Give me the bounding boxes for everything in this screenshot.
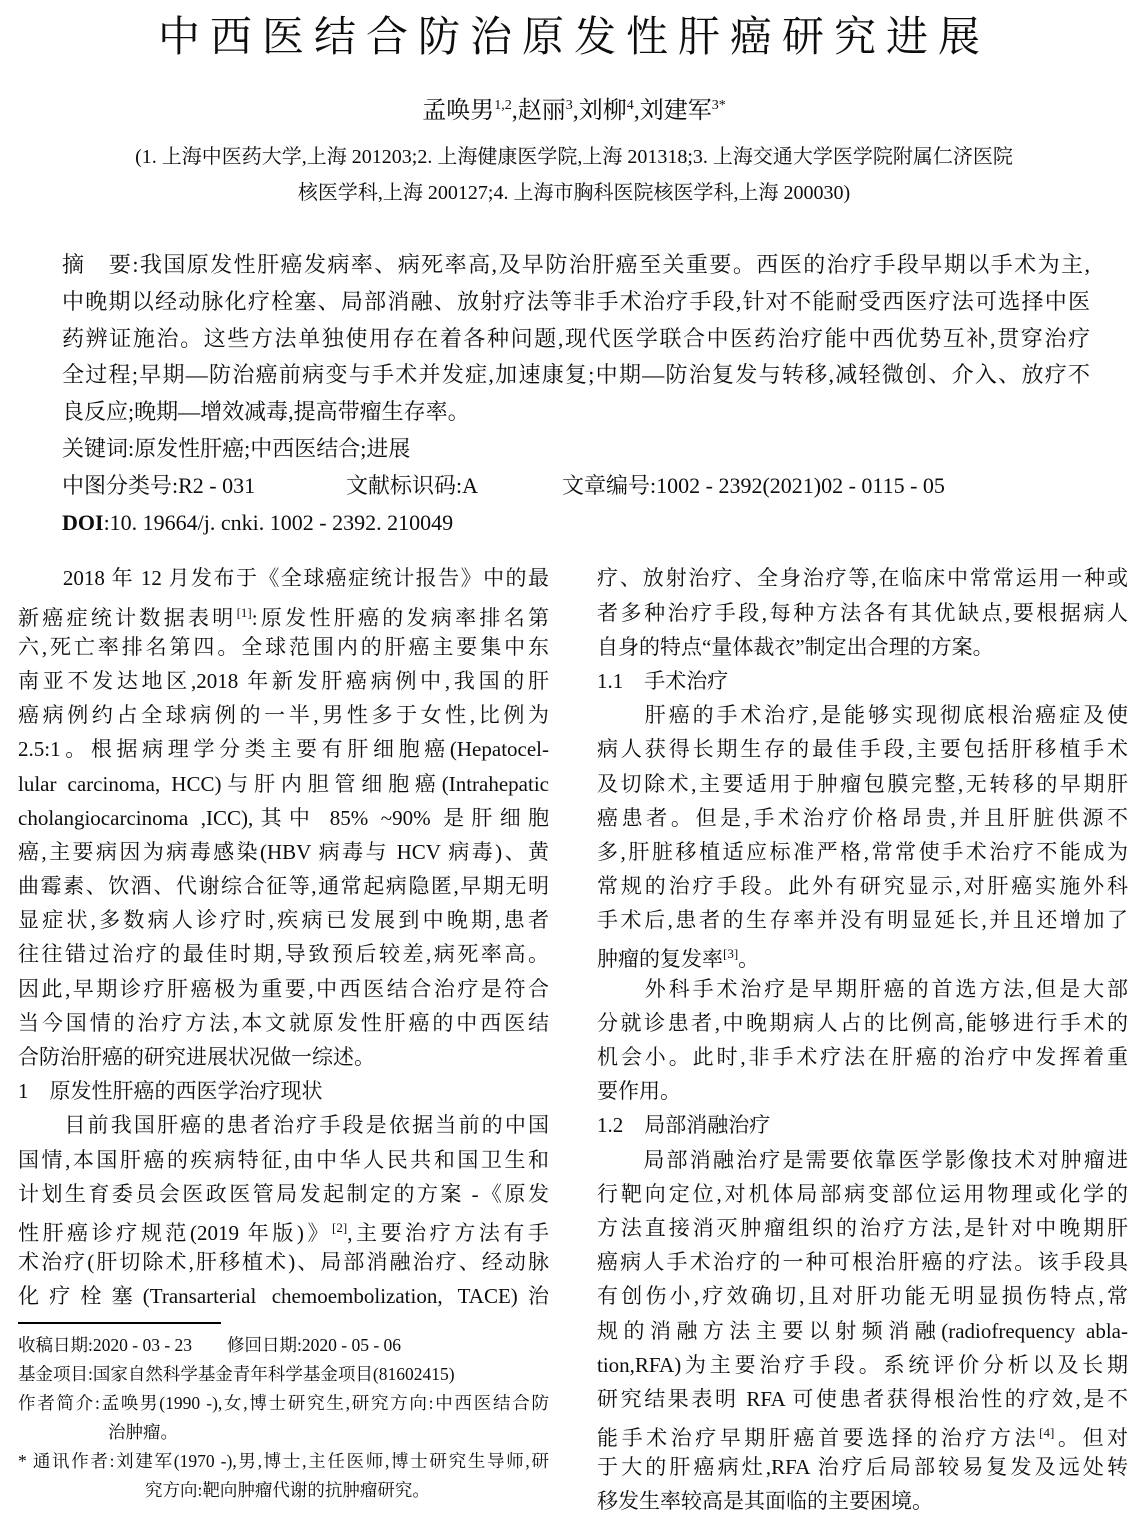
text-line: tion,RFA)为主要治疗手段。系统评价分析以及长期 <box>597 1348 1128 1382</box>
reference-superscript: [1] <box>237 605 252 620</box>
text-line: 南亚不发达地区,2018 年新发肝癌病例中,我国的肝 <box>18 664 549 698</box>
left-column: 2018 年 12 月发布于《全球癌症统计报告》中的最新癌症统计数据表明[1]:… <box>18 561 549 1518</box>
text-line: 究方向:靶向肿瘤代谢的抗肿瘤研究。 <box>18 1476 549 1505</box>
text-line: 良反应;晚期—增效减毒,提高带瘤生存率。 <box>62 394 1090 431</box>
doi-value: :10. 19664/j. cnki. 1002 - 2392. 210049 <box>104 510 454 535</box>
document-code: 文献标识码:A <box>346 468 478 505</box>
text-line: 研究结果表明 RFA 可使患者获得根治性的疗效,是不 <box>597 1382 1128 1416</box>
author-name: 孟唤男 <box>422 98 494 124</box>
text-line: 2018 年 12 月发布于《全球癌症统计报告》中的最 <box>18 561 549 595</box>
doi-label: DOI <box>62 510 104 535</box>
section-heading: 1.1 手术治疗 <box>597 664 1128 698</box>
author-name: 刘柳 <box>579 98 627 124</box>
text-line: 摘 要:我国原发性肝癌发病率、病死率高,及早防治肝癌至关重要。西医的治疗手段早期… <box>62 247 1090 284</box>
text-line: 全过程;早期—防治癌前病变与手术并发症,加速康复;中期—防治复发与转移,减轻微创… <box>62 357 1090 394</box>
reference-superscript: [2] <box>332 1220 347 1235</box>
text-line: 常规的治疗手段。此外有研究显示,对肝癌实施外科 <box>597 869 1128 903</box>
authors-line: 孟唤男1,2,赵丽3,刘柳4,刘建军3* <box>0 88 1148 129</box>
doi-line: DOI:10. 19664/j. cnki. 1002 - 2392. 2100… <box>62 505 1090 542</box>
text-line: 因此,早期诊疗肝癌极为重要,中西医结合治疗是符合 <box>18 972 549 1006</box>
text-line: 局部消融治疗是需要依靠医学影像技术对肿瘤进 <box>597 1143 1128 1177</box>
text-line: 肝癌的手术治疗,是能够实现彻底根治癌症及使 <box>597 698 1128 732</box>
text-line: 者多种治疗手段,每种方法各有其优缺点,要根据病人 <box>597 596 1128 630</box>
author-affiliation-superscript: 3 <box>566 98 573 113</box>
author-affiliation-superscript: 4 <box>627 98 634 113</box>
text-line: 当今国情的治疗方法,本文就原发性肝癌的中西医结 <box>18 1006 549 1040</box>
text-line: 癌病例约占全球病例的一半,男性多于女性,比例为 <box>18 698 549 732</box>
text-line: 能手术治疗早期肝癌首要选择的治疗方法[4]。但对 <box>597 1416 1128 1450</box>
text-line: 及切除术,主要适用于肿瘤包膜完整,无转移的早期肝 <box>597 767 1128 801</box>
author-name: 赵丽 <box>518 98 566 124</box>
text-line: 计划生育委员会医政医管局发起制定的方案 -《原发 <box>18 1177 549 1211</box>
text-line: 药辨证施治。这些方法单独使用存在着各种问题,现代医学联合中医药治疗能中西优势互补… <box>62 321 1090 358</box>
text-line: 要作用。 <box>597 1074 1128 1108</box>
author-affiliation-superscript: 3* <box>712 98 726 113</box>
text-line: 自身的特点“量体裁衣”制定出合理的方案。 <box>597 630 1128 664</box>
text-line: lular carcinoma, HCC)与肝内胆管细胞癌(Intrahepat… <box>18 767 549 801</box>
text-line: 收稿日期:2020 - 03 - 23 修回日期:2020 - 05 - 06 <box>18 1331 549 1360</box>
text-line: 规的消融方法主要以射频消融(radiofrequency abla- <box>597 1314 1128 1348</box>
section-heading: 1.2 局部消融治疗 <box>597 1108 1128 1142</box>
right-column: 疗、放射治疗、全身治疗等,在临床中常常运用一种或者多种治疗手段,每种方法各有其优… <box>597 561 1128 1518</box>
text-line: 多,肝脏移植适应标准严格,常常使手术治疗不能成为 <box>597 835 1128 869</box>
text-line: 分就诊患者,中晚期病人占的比例高,能够进行手术的 <box>597 1006 1128 1040</box>
left-column-text: 2018 年 12 月发布于《全球癌症统计报告》中的最新癌症统计数据表明[1]:… <box>18 561 549 1313</box>
text-line: 作者简介:孟唤男(1990 -),女,博士研究生,研究方向:中西医结合防 <box>18 1389 549 1418</box>
text-line: 治肿瘤。 <box>18 1418 549 1447</box>
text-line: 目前我国肝癌的患者治疗手段是依据当前的中国 <box>18 1108 549 1142</box>
text-line: 术治疗(肝切除术,肝移植术)、局部消融治疗、经动脉 <box>18 1245 549 1279</box>
text-line: * 通讯作者:刘建军(1970 -),男,博士,主任医师,博士研究生导师,研 <box>18 1447 549 1476</box>
author-name: 刘建军 <box>640 98 712 124</box>
text-line: 移发生率较高是其面临的主要困境。 <box>597 1484 1128 1518</box>
article-meta-block: 摘 要:我国原发性肝癌发病率、病死率高,及早防治肝癌至关重要。西医的治疗手段早期… <box>62 247 1090 541</box>
footnote-rule <box>18 1322 221 1324</box>
text-line: 外科手术治疗是早期肝癌的首选方法,但是大部 <box>597 972 1128 1006</box>
keywords-line: 关键词:原发性肝癌;中西医结合;进展 <box>62 431 1090 468</box>
affiliation-line-2: 核医学科,上海 200127;4. 上海市胸科医院核医学科,上海 200030) <box>0 175 1148 211</box>
page-title: 中西医结合防治原发性肝癌研究进展 <box>0 0 1148 64</box>
text-line: 病人获得长期生存的最佳手段,主要包括肝移植手术 <box>597 732 1128 766</box>
article-body: 2018 年 12 月发布于《全球癌症统计报告》中的最新癌症统计数据表明[1]:… <box>18 561 1130 1518</box>
reference-superscript: [4] <box>1039 1425 1054 1440</box>
text-line: 于大的肝癌病灶,RFA 治疗后局部较易复发及远处转 <box>597 1450 1128 1484</box>
text-line: 2.5:1。根据病理学分类主要有肝细胞癌(Hepatocel- <box>18 732 549 766</box>
text-line: 方法直接消灭肿瘤组织的治疗方法,是针对中晚期肝 <box>597 1211 1128 1245</box>
text-line: 手术后,患者的生存率并没有明显延长,并且还增加了 <box>597 903 1128 937</box>
text-line: 六,死亡率排名第四。全球范围内的肝癌主要集中东 <box>18 630 549 664</box>
abstract: 摘 要:我国原发性肝癌发病率、病死率高,及早防治肝癌至关重要。西医的治疗手段早期… <box>62 247 1090 431</box>
author-affiliation-superscript: 1,2 <box>494 98 512 113</box>
text-line: 有创伤小,疗效确切,且对肝功能无明显损伤特点,常 <box>597 1279 1128 1313</box>
text-line: 基金项目:国家自然科学基金青年科学基金项目(81602415) <box>18 1360 549 1389</box>
footnote-block: 收稿日期:2020 - 03 - 23 修回日期:2020 - 05 - 06基… <box>18 1331 549 1505</box>
text-line: 疗、放射治疗、全身治疗等,在临床中常常运用一种或 <box>597 561 1128 595</box>
text-line: 行靶向定位,对机体局部病变部位运用物理或化学的 <box>597 1177 1128 1211</box>
text-line: cholangiocarcinoma ,ICC),其中 85% ~90% 是肝细… <box>18 801 549 835</box>
text-line: 显症状,多数病人诊疗时,疾病已发展到中晚期,患者 <box>18 903 549 937</box>
article-id: 文章编号:1002 - 2392(2021)02 - 0115 - 05 <box>562 468 945 505</box>
text-line: 合防治肝癌的研究进展状况做一综述。 <box>18 1040 549 1074</box>
affiliation-line-1: (1. 上海中医药大学,上海 201203;2. 上海健康医学院,上海 2013… <box>0 139 1148 175</box>
reference-superscript: [3] <box>723 946 738 961</box>
classification-line: 中图分类号:R2 - 031 文献标识码:A 文章编号:1002 - 2392(… <box>62 468 1090 505</box>
text-line: 往往错过治疗的最佳时期,导致预后较差,病死率高。 <box>18 937 549 971</box>
text-line: 癌,主要病因为病毒感染(HBV 病毒与 HCV 病毒)、黄 <box>18 835 549 869</box>
text-line: 肿瘤的复发率[3]。 <box>597 937 1128 971</box>
text-line: 癌病人手术治疗的一种可根治肝癌的疗法。该手段具 <box>597 1245 1128 1279</box>
journal-article-page: 中西医结合防治原发性肝癌研究进展 孟唤男1,2,赵丽3,刘柳4,刘建军3* (1… <box>0 0 1148 1520</box>
text-line: 新癌症统计数据表明[1]:原发性肝癌的发病率排名第 <box>18 596 549 630</box>
text-line: 曲霉素、饮酒、代谢综合征等,通常起病隐匿,早期无明 <box>18 869 549 903</box>
text-line: 国情,本国肝癌的疾病特征,由中华人民共和国卫生和 <box>18 1143 549 1177</box>
right-column-text: 疗、放射治疗、全身治疗等,在临床中常常运用一种或者多种治疗手段,每种方法各有其优… <box>597 561 1128 1518</box>
clc-number: 中图分类号:R2 - 031 <box>62 473 255 498</box>
text-line: 中晚期以经动脉化疗栓塞、局部消融、放射疗法等非手术治疗手段,针对不能耐受西医疗法… <box>62 284 1090 321</box>
text-line: 性肝癌诊疗规范(2019 年版)》[2],主要治疗方法有手 <box>18 1211 549 1245</box>
section-heading: 1 原发性肝癌的西医学治疗现状 <box>18 1074 549 1108</box>
text-line: 机会小。此时,非手术疗法在肝癌的治疗中发挥着重 <box>597 1040 1128 1074</box>
text-line: 化疗栓塞(Transarterial chemoembolization, TA… <box>18 1279 549 1313</box>
text-line: 癌患者。但是,手术治疗价格昂贵,并且肝脏供源不 <box>597 801 1128 835</box>
